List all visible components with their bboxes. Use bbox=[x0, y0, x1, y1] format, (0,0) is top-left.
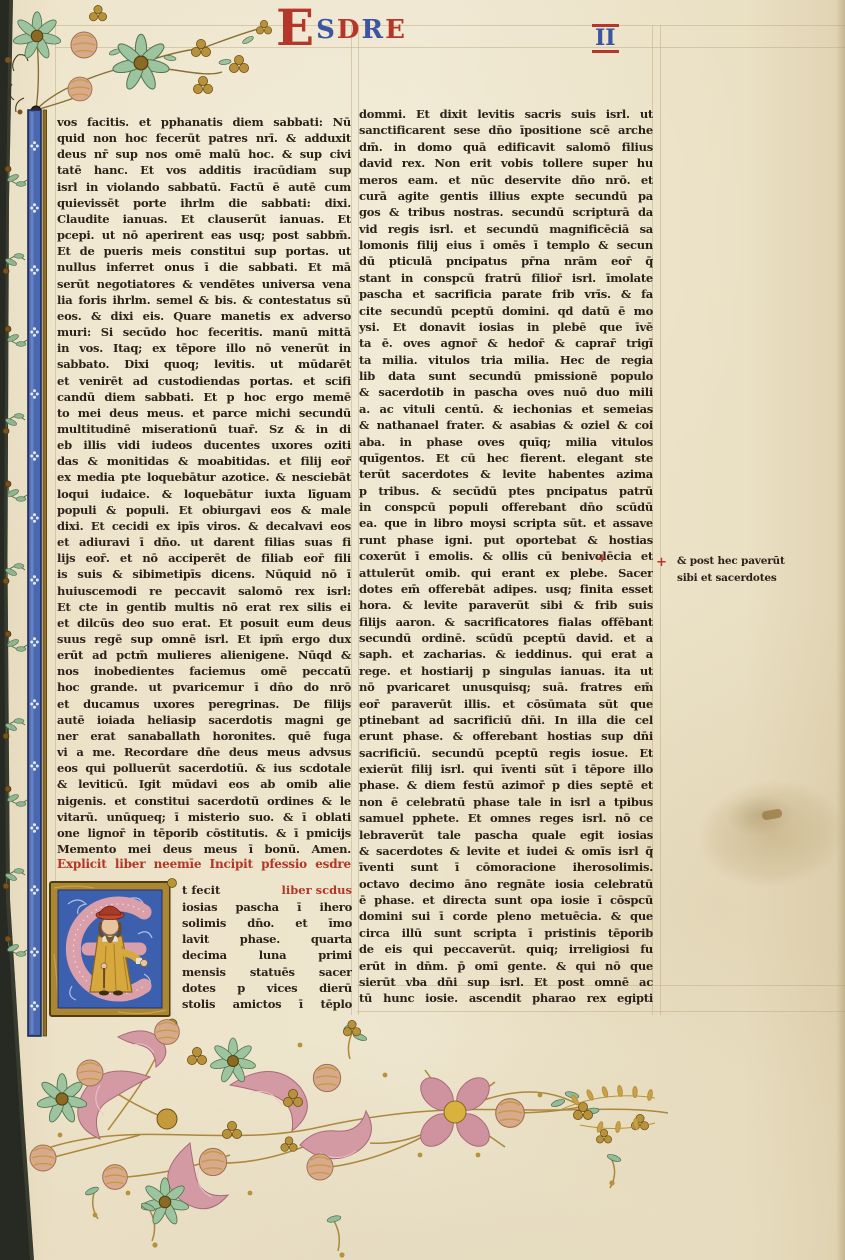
text-line: nullus inferret onus ī die sabbati. Et m… bbox=[57, 259, 351, 275]
text-line: dū pticulā pncipatus pr̄na nrām eor̄ q̄ bbox=[359, 253, 653, 269]
text-line: ta milia. vitulos tria milia. Hec de reg… bbox=[359, 352, 653, 368]
right-text-column: dommi. Et dixit levitis sacris suis isrl… bbox=[359, 106, 653, 1007]
text-line: sanctificarent sese dn̄o īpositione scē … bbox=[359, 122, 653, 138]
text-line: quievissēt porte ihrlm die sabbati: dixi… bbox=[57, 195, 351, 211]
text-line: dixi. Et cecidi ex ipīs viros. & decalva… bbox=[57, 518, 351, 534]
left-text-column: vos facitis. et pphanatis diem sabbati: … bbox=[57, 114, 351, 857]
text-line: david rex. Non erit vobis tollere super … bbox=[359, 155, 653, 171]
text-line: phase. & diem festū azimor̄ p dies septē… bbox=[359, 777, 653, 793]
text-line: hoc grande. ut pvaricemur ī dn̄o do nrō bbox=[57, 679, 351, 695]
text-line: serūt negotiatores & vendētes universa v… bbox=[57, 276, 351, 292]
text-line: stant in conspcū fratrū filior̄ isrl. īm… bbox=[359, 270, 653, 286]
text-line: nō pvaricaret unusquisq; suā. fratres em… bbox=[359, 679, 653, 695]
running-title-letter: R bbox=[361, 17, 385, 43]
text-line: saph. et zacharias. & ieddinus. qui erat… bbox=[359, 646, 653, 662]
incipit-text-column: iosias pascha ī iherosolimis dn̄o. et īm… bbox=[182, 899, 352, 1012]
text-line: tū hunc iosie. ascendit pharao rex egipt… bbox=[359, 990, 653, 1006]
text-line: dm̄. in domo quā edificavit salomō filiu… bbox=[359, 139, 653, 155]
text-line: isrl in violando sabbatū. Factū ē autē c… bbox=[57, 179, 351, 195]
text-line: erūt ad pctm̄ mulieres alienigene. Nūqd … bbox=[57, 647, 351, 663]
text-line: ner erat sanaballath horonites. quē fuga bbox=[57, 728, 351, 744]
text-line: lomonis filij eius ī omēs ī templo & sec… bbox=[359, 237, 653, 253]
text-line: sierūt vba dn̄i sup isrl. Et post omnē a… bbox=[359, 974, 653, 990]
text-line: mensis statuēs sacer bbox=[182, 964, 352, 980]
text-line: eos qui polluerūt sacerdotiū. & ius scdo… bbox=[57, 760, 351, 776]
incipit-first-black: t fecit bbox=[182, 882, 220, 898]
text-line: ea. que in libro moysi scripta sūt. et a… bbox=[359, 515, 653, 531]
text-line: aba. in phase oves quīq; milia vitulos bbox=[359, 434, 653, 450]
text-line: eos. & dixi eis. Quare manetis ex advers… bbox=[57, 308, 351, 324]
text-line: hora. & levite paraverūt sibi & frib sui… bbox=[359, 597, 653, 613]
text-line: secundū ordinē. scūdū pceptū david. et a bbox=[359, 630, 653, 646]
historiated-initial-E bbox=[48, 874, 180, 1030]
text-line: tatē hanc. Et vos additis iracūdiam sup bbox=[57, 162, 351, 178]
text-line: ex media pte loquebātur azotice. & nesci… bbox=[57, 469, 351, 485]
text-line: pascha et sacrificia parate frib vrīs. &… bbox=[359, 286, 653, 302]
text-line: loqui iudaice. & loquebātur iuxta līguam bbox=[57, 486, 351, 502]
text-line: et dilcūs deo suo erat. Et posuit eum de… bbox=[57, 615, 351, 631]
rubric-explicit-incipit: Explicit liber neemīe Incipit pfessio es… bbox=[57, 857, 351, 874]
text-line: huiuscemodi re peccavit salomō rex isrl: bbox=[57, 583, 351, 599]
text-line: et ducamus uxores peregrinas. De filijs bbox=[57, 696, 351, 712]
text-line: & sacerdotes & levite et iudei & omīs is… bbox=[359, 843, 653, 859]
text-line: lib data sunt secundū pmissionē populo bbox=[359, 368, 653, 384]
text-line: sacrificiū. secundū pceptū regis iosue. … bbox=[359, 745, 653, 761]
text-line: erūt in dn̄m. p̄ omī gente. & qui nō que bbox=[359, 958, 653, 974]
text-line: et venirēt ad custodiendas portas. et sc… bbox=[57, 373, 351, 389]
top-floral-spray bbox=[0, 0, 340, 132]
text-line: dommi. Et dixit levitis sacris suis isrl… bbox=[359, 106, 653, 122]
text-line: & nathanael frater. & asabias & oziel & … bbox=[359, 417, 653, 433]
bottom-floral-garland bbox=[0, 1015, 690, 1260]
text-line: lijs eor̄. et nō acciperēt de filiab eor… bbox=[57, 550, 351, 566]
text-line: eb illis vidi iudeos ducentes uxores ozi… bbox=[57, 437, 351, 453]
text-line: lia foris ihrlm. semel & bis. & contesta… bbox=[57, 292, 351, 308]
text-line: muri: Si secūdo hoc feceritis. manū mitt… bbox=[57, 324, 351, 340]
text-line: Claudite ianuas. Et clauserūt ianuas. Et bbox=[57, 211, 351, 227]
text-line: vos facitis. et pphanatis diem sabbati: … bbox=[57, 114, 351, 130]
text-line: vi a me. Recordare dn̄e deus meus advsus bbox=[57, 744, 351, 760]
text-line: Et cte in gentib multis nō erat rex sili… bbox=[57, 599, 351, 615]
text-line: exierūt filij isrl. qui īventi sūt ī tēp… bbox=[359, 761, 653, 777]
text-line: multitudinē miserationū tuar̄. Sz & in d… bbox=[57, 421, 351, 437]
text-line: Memento mei deus meus ī bonū. Amen. bbox=[57, 841, 351, 857]
text-line: a. ac vituli centū. & iechonias et semei… bbox=[359, 401, 653, 417]
text-line: dotes em̄ offerebāt adipes. usq; finita … bbox=[359, 581, 653, 597]
text-line: de eis qui peccaverūt. quiq; irreligiosi… bbox=[359, 941, 653, 957]
ruling-line-h-bottom2 bbox=[357, 1011, 845, 1012]
text-line: cite secundū pceptū domini. qd datū ē mo bbox=[359, 303, 653, 319]
text-line: in conspcū populi offerebant dn̄o scūdū bbox=[359, 499, 653, 515]
folio-number: II bbox=[592, 24, 619, 53]
text-line: deus nr̄ sup nos omē malū hoc. & sup civ… bbox=[57, 146, 351, 162]
margin-note-line: & post hec paverūt bbox=[677, 553, 827, 570]
parchment-patch bbox=[682, 757, 845, 938]
text-line: pcepi. ut nō aperirent eas usq; post sab… bbox=[57, 227, 351, 243]
text-line: curā agite gentis illius expte secundū p… bbox=[359, 188, 653, 204]
text-line: rege. et hostiarij p singulas ianuas. it… bbox=[359, 663, 653, 679]
text-line: attulerūt omib. qui erant ex plebe. Sace… bbox=[359, 565, 653, 581]
text-line: sabbato. Dixi quoq; levitis. ut mūdarēt bbox=[57, 356, 351, 372]
text-line: samuel pphete. Et omnes reges isrl. nō c… bbox=[359, 810, 653, 826]
text-line: one lignor̄ in tēporib cōstitutis. & ī p… bbox=[57, 825, 351, 841]
incipit-first-red: liber scdus bbox=[281, 882, 352, 898]
ruling-line-v1 bbox=[55, 25, 56, 1015]
text-line: terūt sacerdotes & levite habentes azima bbox=[359, 466, 653, 482]
margin-note-cross: + bbox=[656, 555, 667, 570]
text-line: runt phase igni. put oportebat & hostias bbox=[359, 532, 653, 548]
text-line: filijs aaron. & sacrificatores fialas of… bbox=[359, 614, 653, 630]
text-line: vid regis isrl. et secundū magnificēciā … bbox=[359, 221, 653, 237]
text-line: to mei deus meus. et parce michi secundū bbox=[57, 405, 351, 421]
running-title-letter: E bbox=[385, 17, 407, 43]
text-line: ptinebant ad sacrificiū dn̄i. In illa di… bbox=[359, 712, 653, 728]
text-line: erunt phase. & offerebant hostias sup dn… bbox=[359, 728, 653, 744]
text-line: populi & populi. Et obiurgavi eos & male bbox=[57, 502, 351, 518]
text-line: non ē celebratū phase tale in isrl a tpi… bbox=[359, 794, 653, 810]
text-line: nigenis. et constitui sacerdotū ordines … bbox=[57, 793, 351, 809]
text-line: coxerūt ī emolis. & ollis cū benivolēcia… bbox=[359, 548, 653, 564]
text-line: das & monitidas & moabitidas. et filij e… bbox=[57, 453, 351, 469]
margin-note-line: sibi et sacerdotes bbox=[677, 570, 827, 587]
insertion-cross: + bbox=[597, 551, 607, 565]
text-line: circa illū sunt scripta ī pristinis tēpo… bbox=[359, 925, 653, 941]
text-line: decima luna primi bbox=[182, 947, 352, 963]
page-right-edge bbox=[836, 0, 845, 1260]
text-line: ysi. Et donavit iosias in plebē que īvē bbox=[359, 319, 653, 335]
manuscript-page: ESDRE II bbox=[0, 0, 845, 1260]
text-line: eor̄ paraverūt illis. et cōsūmata sūt qu… bbox=[359, 696, 653, 712]
text-line: īventi sunt ī cōmoracione iherosolimis. bbox=[359, 859, 653, 875]
text-line: solimis dn̄o. et īmo bbox=[182, 915, 352, 931]
text-line: lebraverūt tale pascha quale egit iosias bbox=[359, 827, 653, 843]
text-line: lavit phase. quarta bbox=[182, 931, 352, 947]
text-line: & leviticū. Igit mūdavi eos ab omib alie bbox=[57, 776, 351, 792]
running-title-letter: D bbox=[337, 17, 362, 43]
text-line: quīgentos. Et cū hec fierent. elegant st… bbox=[359, 450, 653, 466]
text-line: nos inobedientes faciemus omē peccatū bbox=[57, 663, 351, 679]
text-line: autē ioiada heliasip sacerdotis magni ge bbox=[57, 712, 351, 728]
text-line: & sacerdotib in pascha oves nuō duo mili bbox=[359, 384, 653, 400]
margin-note: & post hec paverūtsibi et sacerdotes bbox=[677, 553, 827, 586]
text-line: ta ē. oves agnor̄ & hedor̄ & caprar̄ tri… bbox=[359, 335, 653, 351]
text-line: candū diem sabbati. Et p hoc ergo memē bbox=[57, 389, 351, 405]
incipit-first-line: t fecit liber scdus bbox=[182, 882, 352, 898]
text-line: quid non hoc fecerūt patres nrī. & addux… bbox=[57, 130, 351, 146]
text-line: in vos. Itaq; ex tēpore illo nō venerūt … bbox=[57, 340, 351, 356]
text-line: p tribus. & secūdū ptes pncipatus patrū bbox=[359, 483, 653, 499]
ruling-line-v5 bbox=[660, 25, 661, 1015]
text-line: iosias pascha ī ihero bbox=[182, 899, 352, 915]
text-line: octavo decimo āno regnāte iosia celebrat… bbox=[359, 876, 653, 892]
text-line: ē phase. et directa sunt opa iosie ī cōs… bbox=[359, 892, 653, 908]
text-line: vitarū. unūqueq; ī misterio suo. & ī obl… bbox=[57, 809, 351, 825]
parchment-patch-speck bbox=[761, 808, 782, 820]
text-line: stolis amictos ī tēplo bbox=[182, 996, 352, 1012]
ruling-line-v2 bbox=[351, 25, 352, 1015]
text-line: is suis & sibimetipīs dicens. Nūquid nō … bbox=[57, 566, 351, 582]
text-line: domini sui ī corde pleno metuēcia. & que bbox=[359, 908, 653, 924]
text-line: meros eam. et nūc deservite dn̄o nrō. et bbox=[359, 172, 653, 188]
left-margin-sprigs bbox=[0, 140, 30, 1020]
text-line: dotes p vices dierū bbox=[182, 980, 352, 996]
text-line: et adiuravi ī dn̄o. ut darent filias sua… bbox=[57, 534, 351, 550]
text-line: Et de pueris meis constitui sup portas. … bbox=[57, 243, 351, 259]
text-line: suus regē sup omnē isrl. Et ipm̄ ergo du… bbox=[57, 631, 351, 647]
text-line: gos & tribus nostras. secundū scripturā … bbox=[359, 204, 653, 220]
